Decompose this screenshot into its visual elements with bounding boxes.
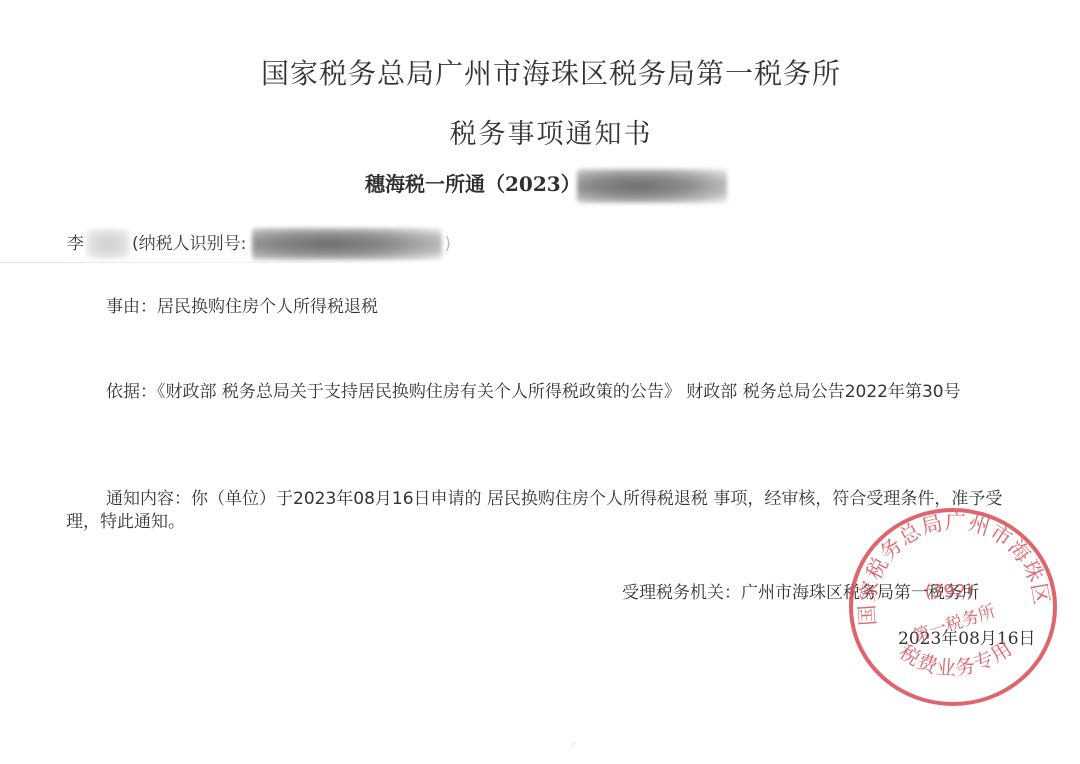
document-number: 穗海税一所通（2023）	[365, 168, 727, 203]
seal-outer-text: 国家税务总局广州市海珠区税务局	[846, 505, 1054, 626]
redacted-document-number	[577, 169, 727, 203]
agency-label: 受理税务机关：	[622, 583, 741, 603]
basis-label: 依据：	[106, 382, 157, 402]
taxpayer-id-label: (纳税人识别号:	[132, 234, 246, 254]
redacted-taxpayer-name	[86, 229, 130, 259]
seal-icon: 国家税务总局广州市海珠区税务局 (392) 第一税务所 税费业务专用章	[846, 505, 1060, 709]
reason-line: 事由：居民换购住房个人所得税退税	[106, 296, 378, 319]
seal-inner-text: 第一税务所	[911, 602, 998, 647]
seal-center-code: (392)	[925, 581, 973, 602]
document-number-prefix: 穗海税一所通（2023）	[365, 172, 581, 196]
svg-text:国家税务总局广州市海珠区税务局: 国家税务总局广州市海珠区税务局	[846, 505, 1054, 626]
basis-paragraph: 依据：《财政部 税务总局关于支持居民换购住房有关个人所得税政策的公告》 财政部 …	[66, 381, 1036, 404]
scan-edge-line	[0, 262, 420, 263]
basis-text: 《财政部 税务总局关于支持居民换购住房有关个人所得税政策的公告》 财政部 税务总…	[157, 382, 961, 402]
scan-artifact: ·	[572, 741, 578, 749]
reason-text: 居民换购住房个人所得税退税	[157, 297, 378, 317]
taxpayer-surname: 李	[67, 234, 84, 254]
redacted-taxpayer-id	[252, 228, 442, 260]
document-title: 税务事项通知书	[0, 112, 1080, 151]
reason-label: 事由：	[106, 297, 157, 317]
organization-title: 国家税务总局广州市海珠区税务局第一税务所	[0, 52, 1080, 92]
tax-notice-document: 国家税务总局广州市海珠区税务局第一税务所 税务事项通知书 穗海税一所通（2023…	[0, 0, 1080, 764]
taxpayer-id-close: )	[444, 234, 451, 254]
notice-label: 通知内容：	[106, 489, 191, 509]
taxpayer-line: 李(纳税人识别号:)	[67, 228, 451, 260]
official-seal-stamp: 国家税务总局广州市海珠区税务局 (392) 第一税务所 税费业务专用章	[846, 505, 1060, 709]
